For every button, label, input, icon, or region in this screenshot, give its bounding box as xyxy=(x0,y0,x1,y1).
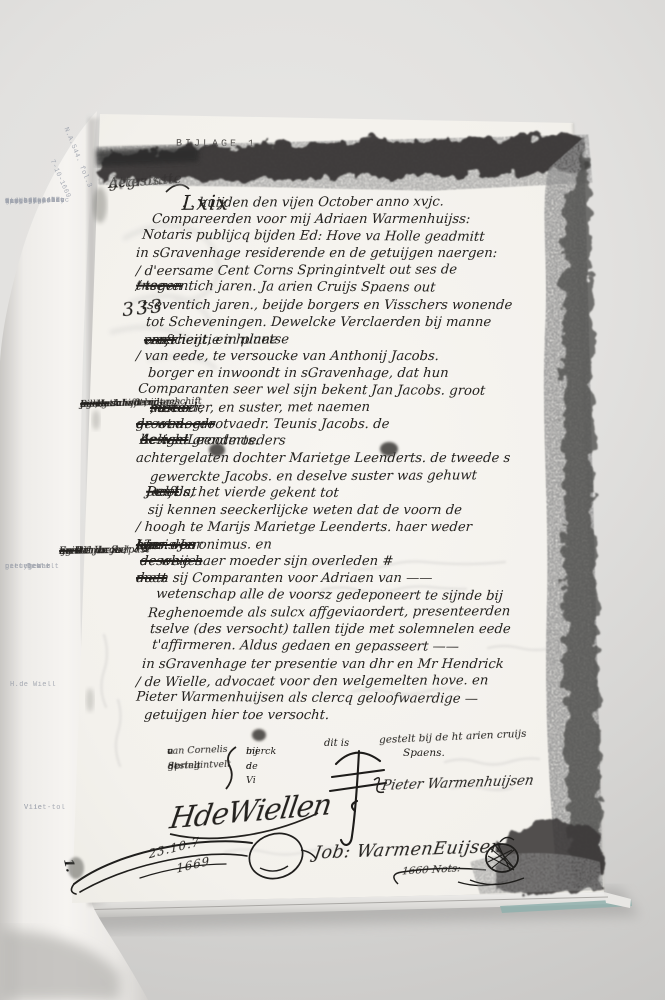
handwriting-segment: conscientie in plaetse xyxy=(143,331,289,349)
manuscript-line: . . huijden den vijen October anno xvjc.… xyxy=(135,193,566,212)
handwriting-segment: / hoogh te Marijs Marietge Leenderts. ha… xyxy=(135,519,472,536)
manuscript-line: borger en inwoondt in sGravenhage, dat h… xyxy=(135,365,566,382)
handwriting-segment: doen sij Comparanten voor Adriaen van —— xyxy=(135,570,433,587)
handwriting-segment: de wed grootmoeders xyxy=(139,432,286,450)
witness-note-right2: Spaens. xyxy=(403,747,445,759)
manuscript-line: Pieter Warmenhuijsen als clercq geloofwa… xyxy=(135,688,566,708)
handwriting-segment: t'affirmeren. Aldus gedaen en gepasseert… xyxy=(151,637,459,656)
manuscript-line: / de Wielle, advocaet voor den welgemelt… xyxy=(135,671,566,690)
handwriting-segment: tselve (des versocht) tallen tijde met s… xyxy=(149,621,511,638)
handwriting-segment: , en dat xyxy=(145,483,197,500)
handwriting-segment: Lxix xyxy=(181,195,229,212)
handwriting-segment: sijn xyxy=(135,537,160,554)
handwriting-segment: Compareerden voor mij Adriaen Warmenhuij… xyxy=(151,211,471,228)
manuscript-line: / hoogh te Marijs Marietge Leenderts. ha… xyxy=(135,519,566,536)
transcription-line: Vliet-tol xyxy=(24,803,65,814)
handwriting-segment: borger en inwoondt in sGravenhage, dat h… xyxy=(147,365,449,382)
witness-note-dit-is: dit is xyxy=(324,738,349,749)
manuscript-line: achtergelaten dochter Marietge Leenderts… xyxy=(135,450,566,467)
handwriting-segment: sij kennen seeckerlijcke weten dat de vo… xyxy=(147,502,462,519)
manuscript-line: Reghenoemde als sulcx affgeviaordert, pr… xyxy=(135,603,566,622)
manuscript-line: / van eede, te versoucke van Anthonij Ja… xyxy=(135,348,566,365)
manuscript-line: t'affirmeren. Aldus gedaen en gepasseert… xyxy=(135,637,566,657)
handwriting-segment: Comparanten seer wel sijn bekent Jan Jac… xyxy=(137,381,485,400)
date-scribble-year: 1669 xyxy=(176,854,210,876)
handwriting-segment: grootmoedr xyxy=(135,416,215,433)
signature-pieter-warmenhuijsen: Pieter Warmenhuijsen xyxy=(381,772,535,793)
transcription-line: Cent xyxy=(27,562,45,573)
handwriting-segment: gewerckte Jacobs. en deselve suster was … xyxy=(149,467,477,486)
witness-note-line: bij de Vi xyxy=(246,745,258,789)
handwriting-segment: wetenschap alle de voorsz gedeponeert te… xyxy=(155,586,503,605)
page-edge-mark: 1. xyxy=(60,857,77,873)
handwriting-segment: tseventich jaren., beijde borgers en Vis… xyxy=(141,297,512,314)
witness-note-line: van Cornelis Springintvelt xyxy=(167,743,231,774)
manuscript-line: getuijgen hier toe versocht. xyxy=(135,707,566,724)
handwriting-segment: in sGravenhage ter presentie van dhr en … xyxy=(141,656,504,673)
manuscript-line: gewerckte Jacobs. en deselve suster was … xyxy=(135,466,566,485)
transcription-line: sij compara xyxy=(5,196,56,208)
photo-of-open-book: N.A.544. fol.3 7-10-1669 op huyden denco… xyxy=(0,0,665,1000)
manuscript-line: moeder, suster, broeder, en suster, met … xyxy=(135,398,566,417)
handwriting-segment: Reghenoemde als sulcx affgeviaordert, pr… xyxy=(147,603,510,622)
signature-h-de-wielle: HdeWiellen xyxy=(168,787,334,836)
handwriting-segment: tnegen xyxy=(135,278,183,295)
handwriting-segment: / de Wielle, advocaet voor den welgemelt… xyxy=(135,672,489,691)
transcription-line-hdewiell: H.de Wiell xyxy=(10,680,56,691)
handwriting-segment: Notaris publijcq bijden Ed: Hove va Holl… xyxy=(141,227,485,246)
text-layer: N.A.544. fol.3 7-10-1669 op huyden denco… xyxy=(0,0,665,1000)
manuscript-line: Jacobs, het vierde gekent tot Delft, en … xyxy=(135,483,566,503)
manuscript-line: / tseventich jaren. Ja arien Cruijs Spae… xyxy=(135,278,566,298)
manuscript-body: . . huijden den vijen October anno xvjc.… xyxy=(136,194,566,724)
manuscript-line: de wed: grootvaedr. Teunis Jacobs. de gr… xyxy=(135,416,566,433)
manuscript-line: in sGravenhage ter presentie van dhr en … xyxy=(135,656,566,673)
manuscript-line: tseventich jaren., beijde borgers en Vis… xyxy=(135,297,566,314)
manuscript-line: tselve (des versocht) tallen tijde met s… xyxy=(135,621,566,638)
manuscript-line: mett doen sij Comparanten voor Adriaen v… xyxy=(135,570,566,587)
handwriting-segment: deselve haer moeder sijn overleden # xyxy=(139,553,394,570)
handwriting-segment: getuijgen hier toe versocht. xyxy=(143,707,329,724)
handwriting-segment: me, / xyxy=(80,397,104,412)
manuscript-line: sij kennen seeckerlijcke weten dat de vo… xyxy=(135,502,566,519)
manuscript-line: Compareerden voor mij Adriaen Warmenhuij… xyxy=(135,211,566,228)
manuscript-line: tot Scheveningen. Dewelcke Verclaerden b… xyxy=(135,314,566,331)
handwriting-segment: achtergelaten dochter Marietge Leenderts… xyxy=(135,450,510,467)
manuscript-line: in sGravenhage residerende en de getuijg… xyxy=(135,245,566,262)
handwriting-segment: Pieter Warmenhuijsen als clercq geloofwa… xyxy=(135,688,478,707)
handwriting-segment: , broeder, en suster, met naemen xyxy=(149,399,370,417)
manuscript-line: de weijes deselve haer moeder sijn overl… xyxy=(135,553,566,570)
handwriting-segment: tot Scheveningen. Dewelcke Verclaerden b… xyxy=(145,314,491,331)
manuscript-line: waerheijt, en hunne craft conscientie in… xyxy=(135,330,566,349)
notary-subscript: 1660 Nots: xyxy=(402,862,462,877)
handwriting-segment: / van eede, te versoucke van Anthonij Ja… xyxy=(135,348,439,365)
signature-job-warmenhuijsen: Job: WarmenEuijsen xyxy=(312,837,503,864)
manuscript-line: / Joris Jeronimus. en haer den Jans. voo… xyxy=(135,535,566,554)
manuscript-line: Notaris publijcq bijden Ed: Hove va Holl… xyxy=(135,227,566,247)
witness-note-right: gestelt bij de ht arien cruijs xyxy=(379,728,527,746)
transcription-date-ref: 7-10-1669 xyxy=(46,158,73,200)
handwriting-segment: in sGravenhage residerende en de getuijg… xyxy=(135,245,497,262)
manuscript-line: Aeltge Leenderts. besicht de wed grootmo… xyxy=(135,432,566,452)
handwriting-segment: on Ditmaers / xyxy=(59,543,128,559)
bijlage-caption: BIJLAGE 1 xyxy=(176,139,257,151)
margin-attestatie-line2: gegrosst. xyxy=(108,171,179,193)
